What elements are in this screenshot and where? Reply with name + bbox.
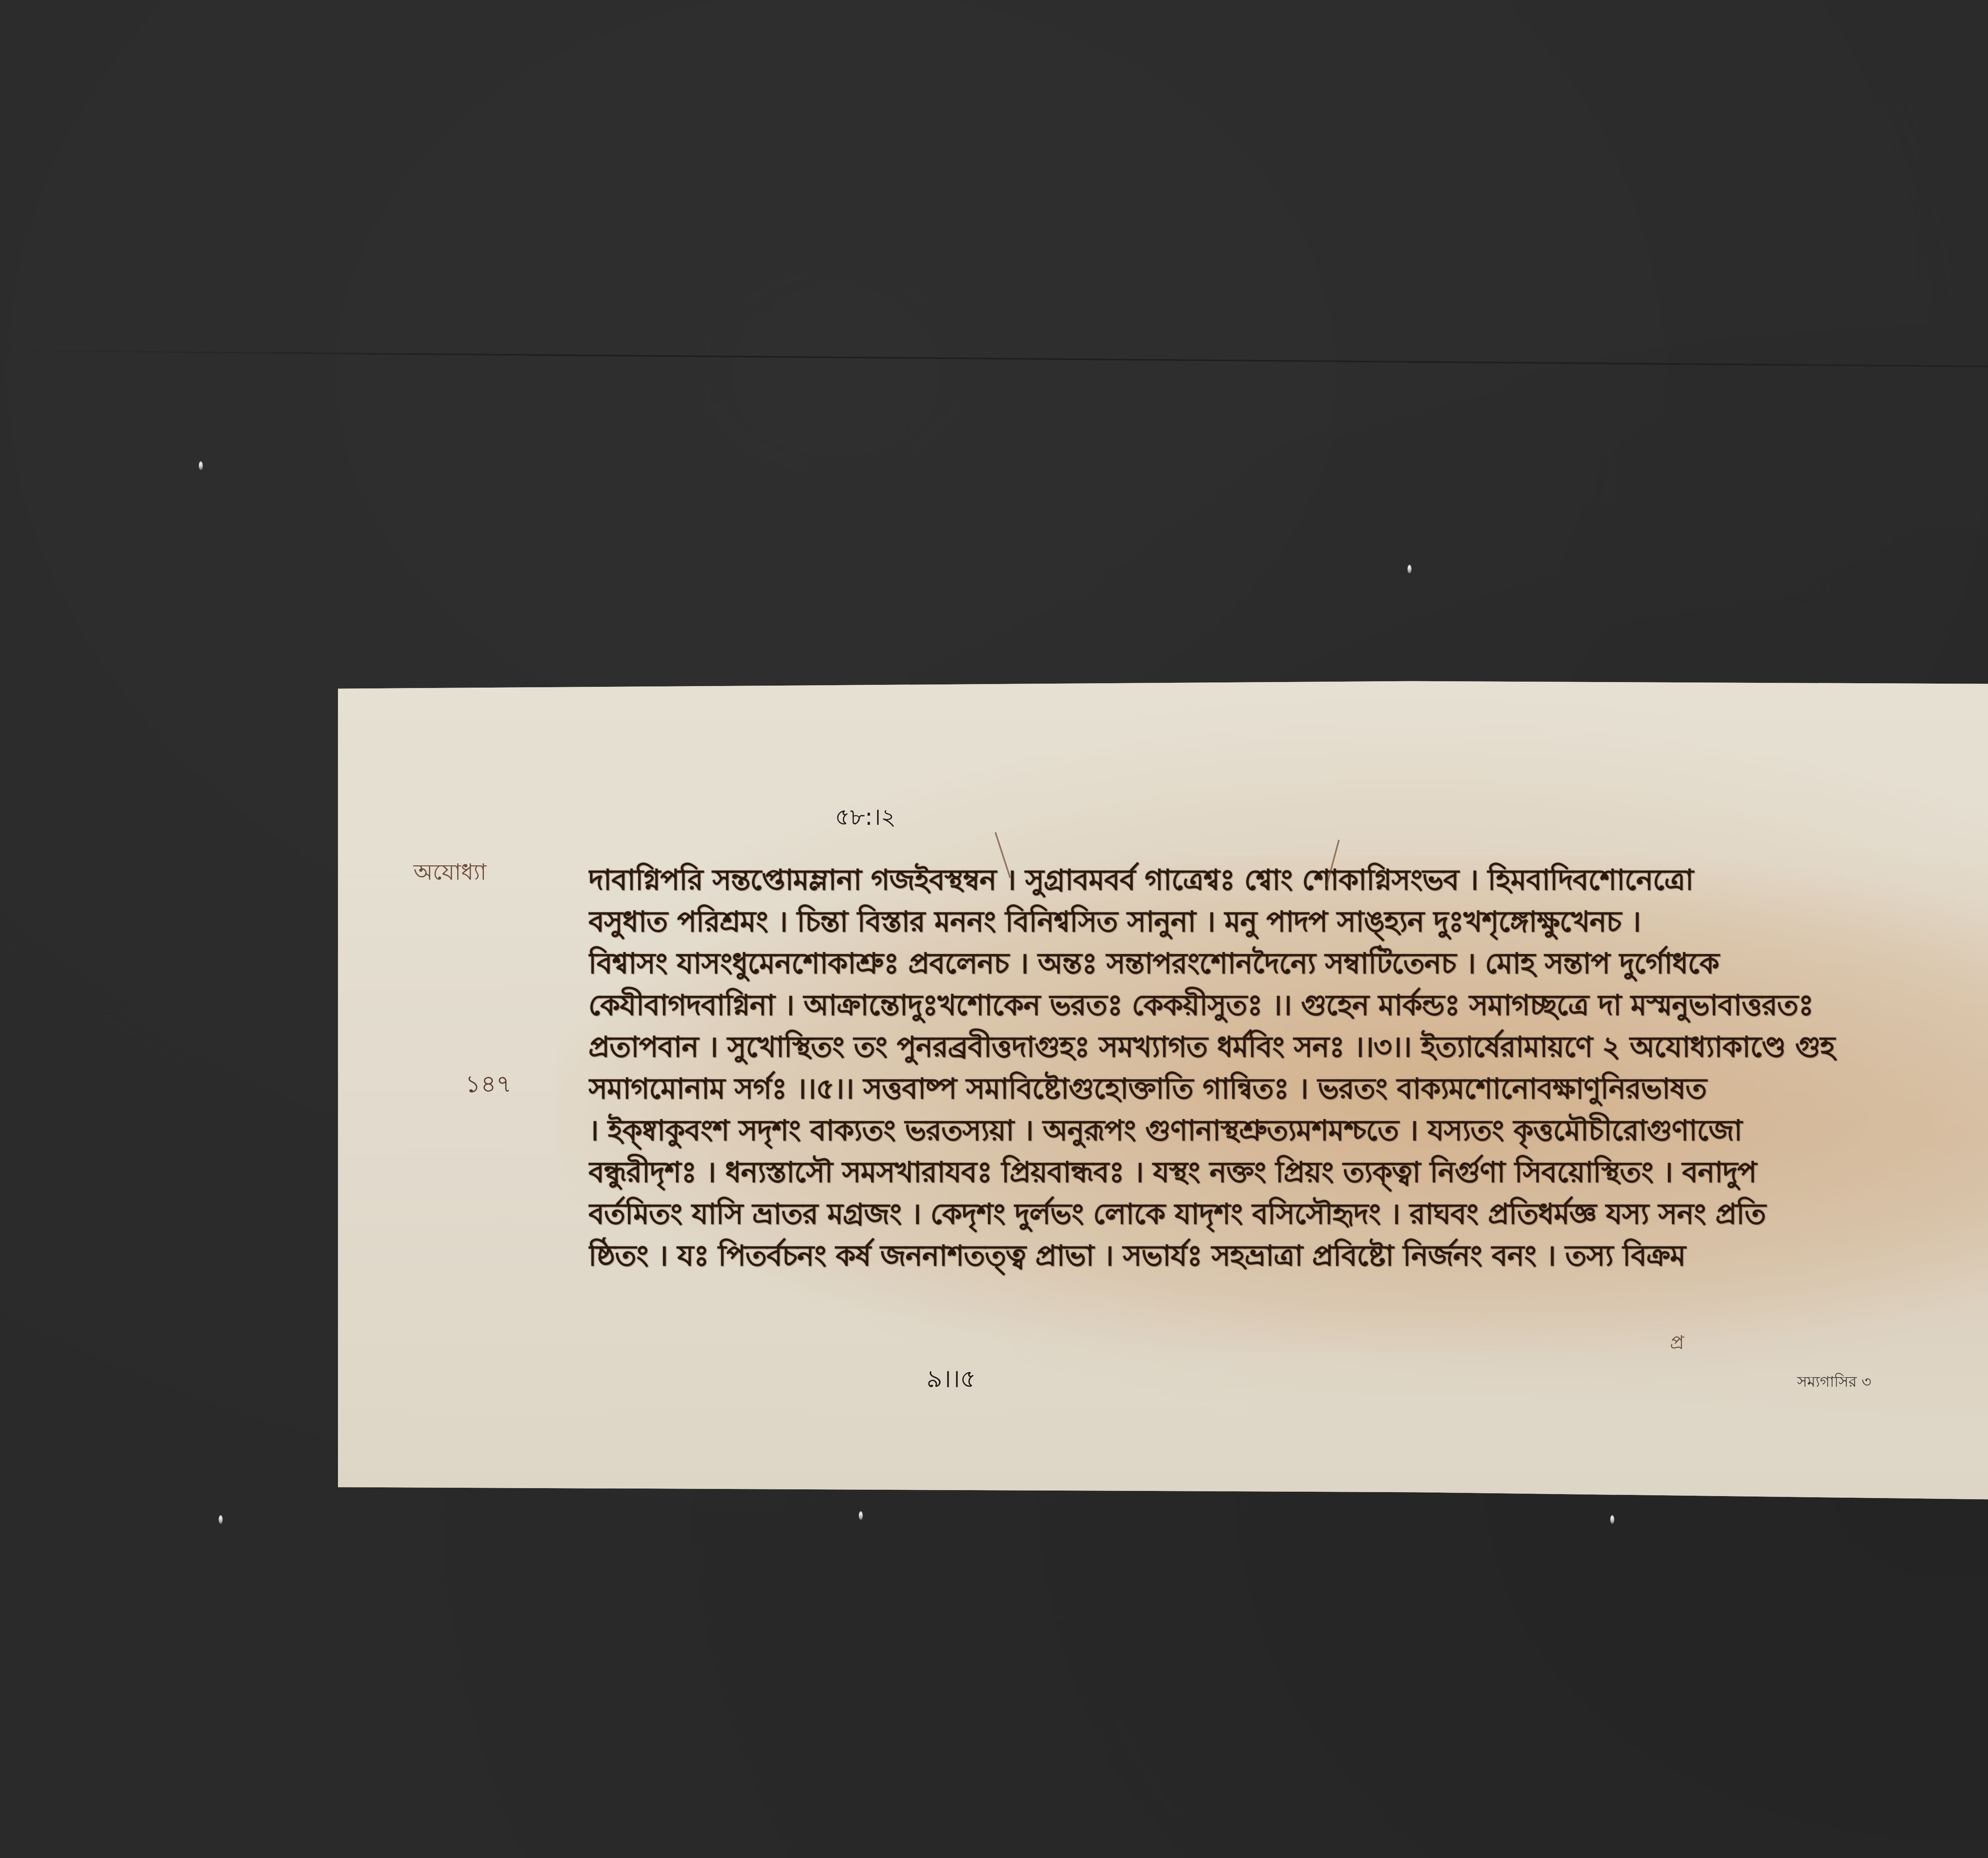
text-line: বসুধাত পরিশ্রমং । চিন্তা বিস্তার মননং বি…: [588, 901, 1988, 943]
bottom-margin-note: সম্যগাসির ৩: [1797, 1370, 1872, 1395]
bottom-margin-number: ৯।।৫: [926, 1360, 976, 1401]
text-line: সমাগমোনাম সর্গঃ ।।৫।। সত্তবাষ্প সমাবিষ্ট…: [588, 1068, 1988, 1110]
interlinear-insertion-mark: প্র: [1670, 1328, 1684, 1360]
mounting-pin: [199, 461, 203, 470]
text-line: বিশ্বাসং যাসংধুমেনশোকাশ্রুঃ প্রবলেনচ । অ…: [588, 943, 1988, 984]
mount-seam: [0, 350, 1988, 373]
text-line: ষ্ঠিতং । যঃ পিতর্বচনং কর্ষ জননাশতত্ত্ব প…: [588, 1235, 1988, 1277]
left-margin-title: অযোধ্যা: [414, 855, 486, 892]
left-folio-number: ১৪৭: [465, 1066, 512, 1106]
mounting-pin: [1408, 565, 1411, 573]
text-line: । ইক্ষ্বাকুবংশ সদৃশং বাক্যতং ভরতস্যয়া ।…: [588, 1110, 1988, 1151]
manuscript-text-block: দাবাগ্নিপরি সন্তপ্তোমম্লানা গজইবস্থম্বন …: [588, 859, 1988, 1277]
text-line: বর্তমিতং যাসি ভ্রাতর মগ্রজং । কেদৃশং দুর…: [588, 1193, 1988, 1235]
mounting-pin: [859, 1511, 863, 1520]
text-line: কেযীবাগদবাগ্নিনা । আক্রান্তোদুঃখশোকেন ভর…: [588, 984, 1988, 1026]
text-line: প্রতাপবান । সুখোস্থিতং তং পুনরব্রবীত্তদা…: [588, 1026, 1988, 1068]
text-line: দাবাগ্নিপরি সন্তপ্তোমম্লানা গজইবস্থম্বন …: [588, 859, 1988, 901]
top-margin-mark: ৫৮:।২: [835, 799, 896, 838]
mounting-pin: [219, 1515, 223, 1524]
mounting-pin: [1610, 1515, 1614, 1524]
text-line: বন্ধুরীদৃশঃ । ধন্যস্তাসৌ সমসখারাযবঃ প্রি…: [588, 1151, 1988, 1193]
